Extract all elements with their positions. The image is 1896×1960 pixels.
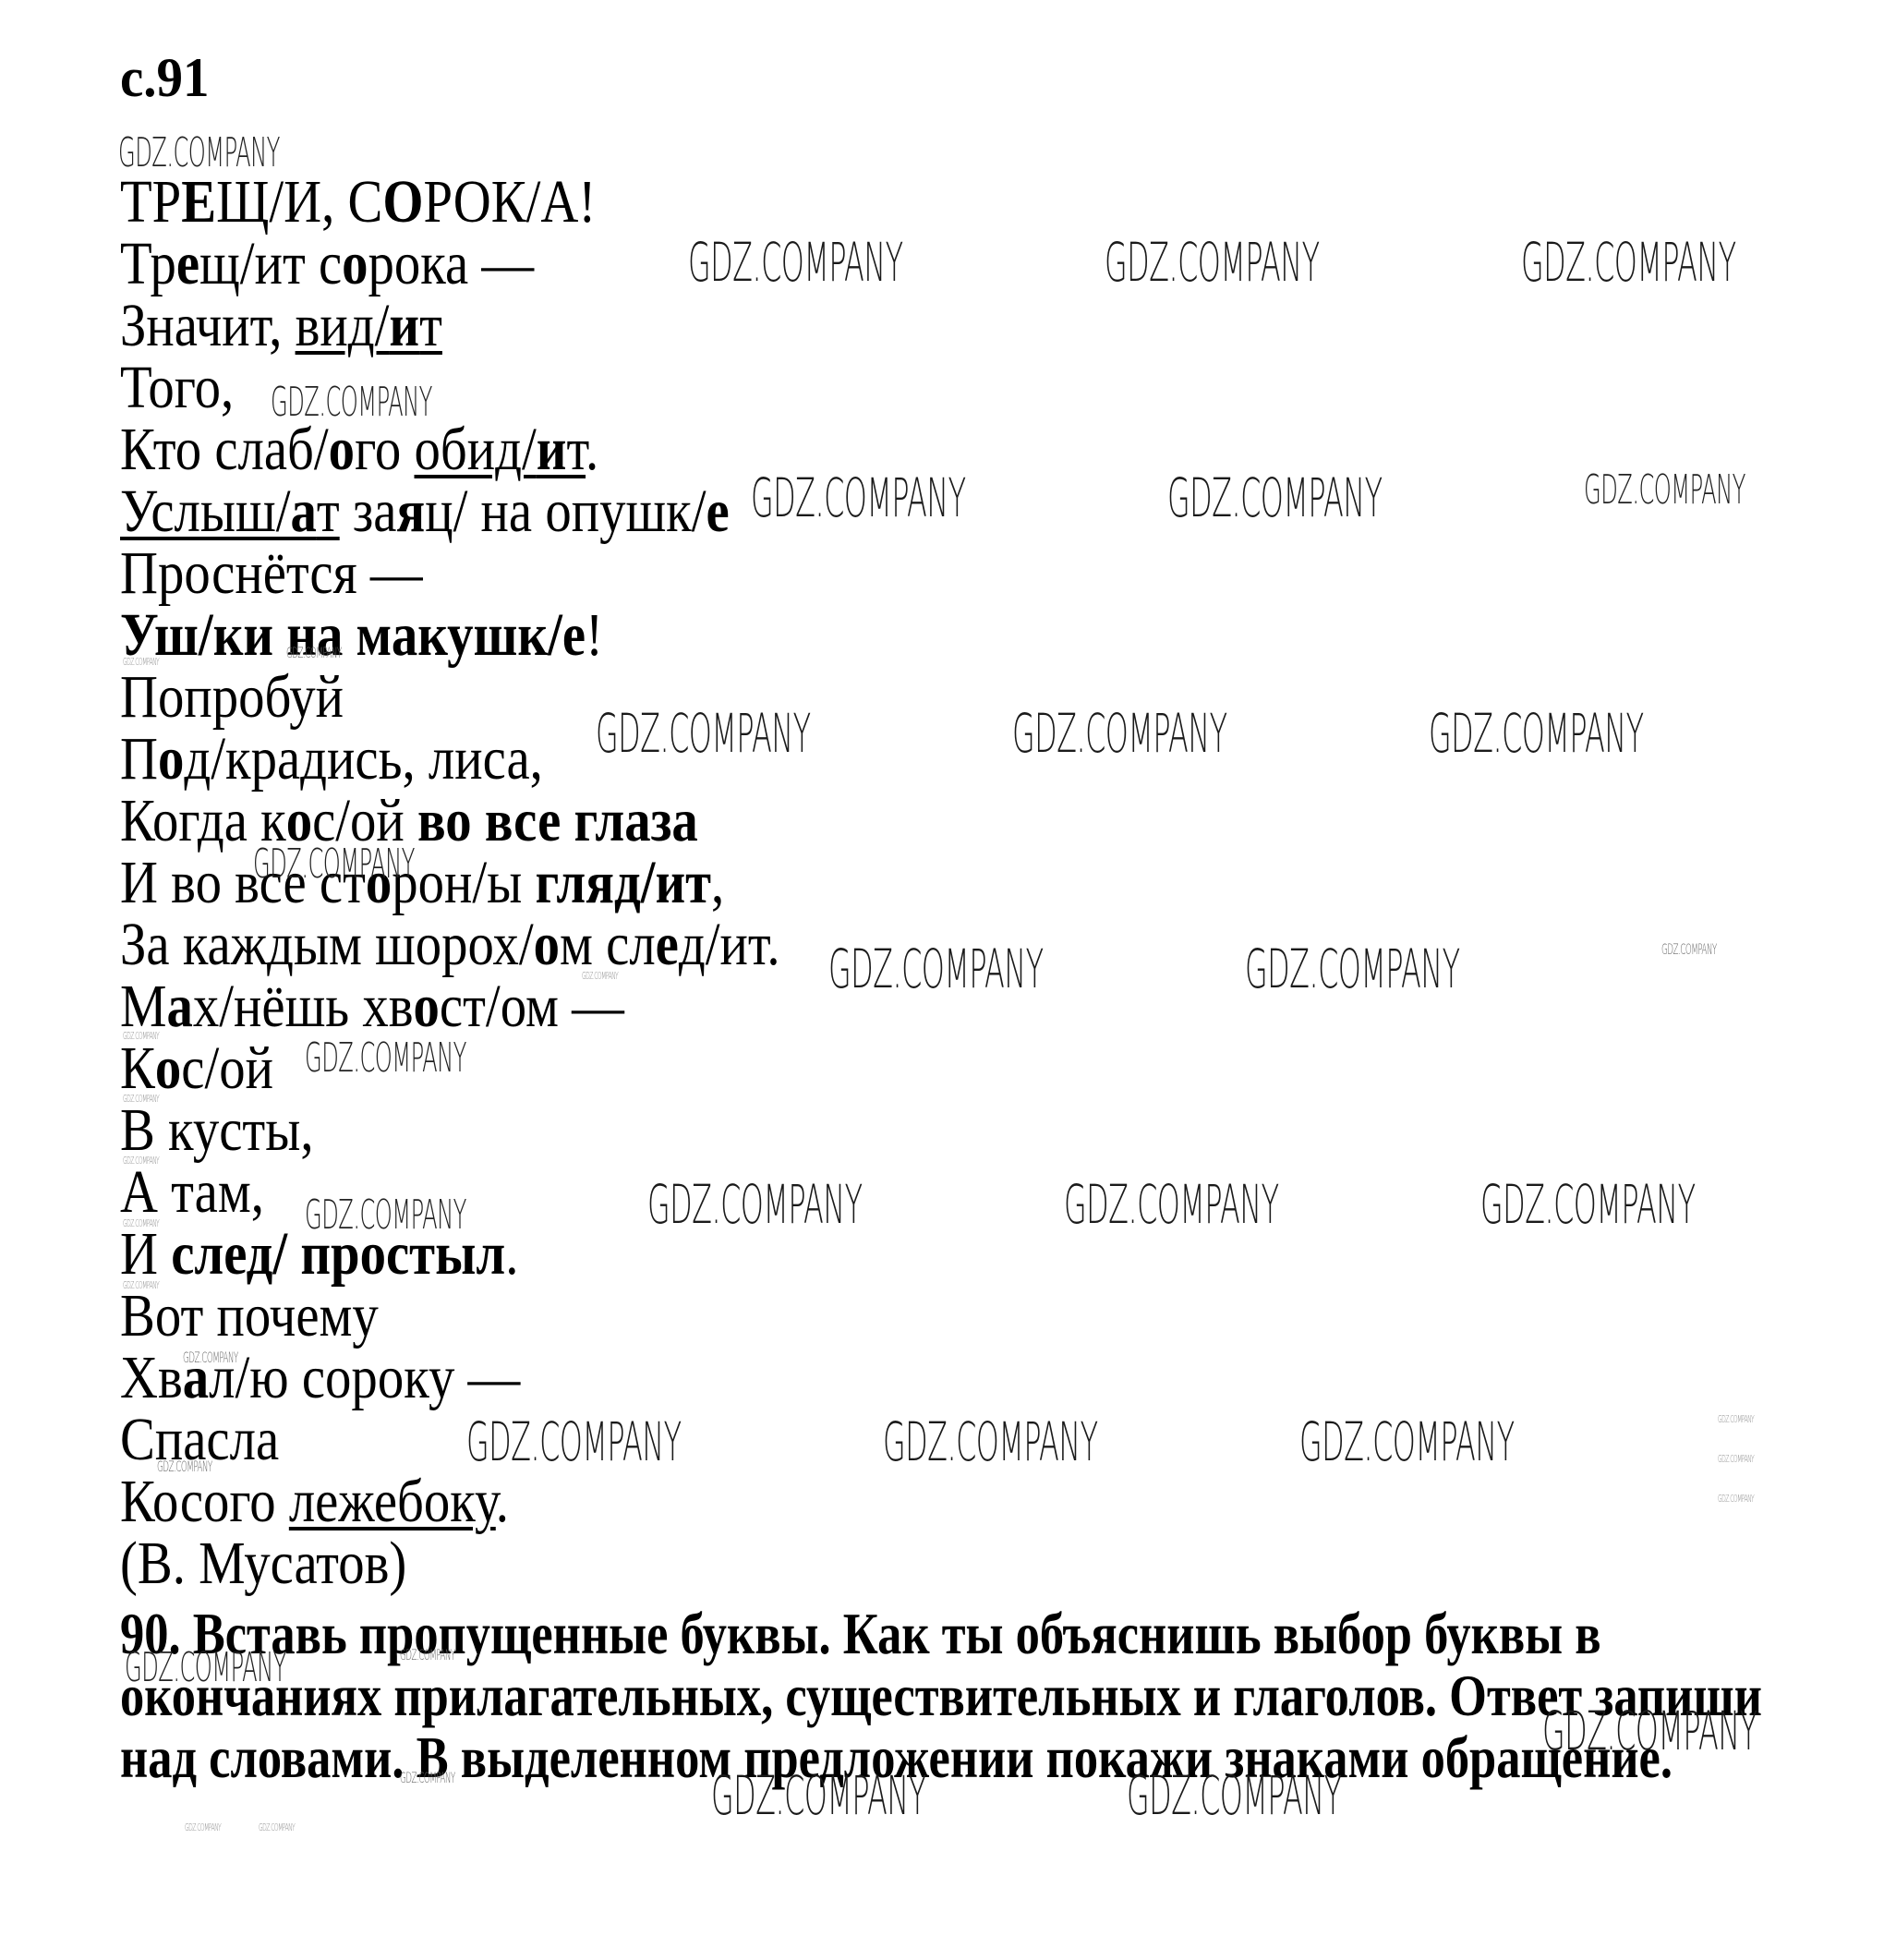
watermark: GDZ.COMPANY xyxy=(1521,231,1736,294)
watermark: GDZ.COMPANY xyxy=(123,1279,159,1291)
watermark: GDZ.COMPANY xyxy=(271,379,432,426)
poem-line: За каждым шорох/ом след/ит. xyxy=(120,914,780,975)
poem-line: А там, xyxy=(120,1162,264,1223)
poem-line: Проснётся — xyxy=(120,543,423,604)
poem-line: Хвал/ю сороку — xyxy=(120,1348,520,1409)
poem-line: (В. Мусатов) xyxy=(120,1533,406,1594)
watermark: GDZ.COMPANY xyxy=(688,231,903,294)
watermark: GDZ.COMPANY xyxy=(157,1458,212,1475)
watermark: GDZ.COMPANY xyxy=(1245,938,1460,1000)
poem-line: Услыш/ат заяц/ на опушк/е xyxy=(120,481,730,542)
poem-line: Значит, вид/ит xyxy=(120,296,442,357)
poem-line: И во все сторон/ы гляд/ит, xyxy=(120,853,724,913)
watermark: GDZ.COMPANY xyxy=(1584,466,1745,514)
watermark: GDZ.COMPANY xyxy=(1012,702,1227,765)
watermark: GDZ.COMPANY xyxy=(883,1410,1098,1473)
watermark: GDZ.COMPANY xyxy=(123,1155,159,1167)
watermark: GDZ.COMPANY xyxy=(183,1349,238,1366)
watermark: GDZ.COMPANY xyxy=(1480,1173,1696,1236)
poem-title: ТРЕЩ/И, СОРОК/А! xyxy=(120,172,596,233)
watermark: GDZ.COMPANY xyxy=(1167,466,1383,529)
watermark: GDZ.COMPANY xyxy=(125,1644,286,1691)
watermark: GDZ.COMPANY xyxy=(1127,1764,1342,1827)
watermark: GDZ.COMPANY xyxy=(1661,940,1717,958)
poem-line: Уш/ки на макушк/е! xyxy=(120,605,603,666)
poem-line: Кос/ой xyxy=(120,1038,273,1099)
watermark: GDZ.COMPANY xyxy=(400,1646,455,1664)
watermark: GDZ.COMPANY xyxy=(751,466,966,529)
poem-line: Вот почему xyxy=(120,1286,379,1347)
watermark: GDZ.COMPANY xyxy=(305,1192,466,1239)
watermark: GDZ.COMPANY xyxy=(1718,1413,1754,1425)
watermark: GDZ.COMPANY xyxy=(259,1821,295,1833)
poem-line: Мах/нёшь хвост/ом — xyxy=(120,976,624,1037)
watermark: GDZ.COMPANY xyxy=(1718,1453,1754,1465)
watermark: GDZ.COMPANY xyxy=(123,1030,159,1042)
poem-line: Косого лежебоку. xyxy=(120,1471,509,1532)
watermark: GDZ.COMPANY xyxy=(647,1173,863,1236)
watermark: GDZ.COMPANY xyxy=(466,1410,682,1473)
watermark: GDZ.COMPANY xyxy=(123,656,159,668)
watermark: GDZ.COMPANY xyxy=(253,841,415,888)
watermark: GDZ.COMPANY xyxy=(286,644,342,661)
watermark: GDZ.COMPANY xyxy=(582,970,618,982)
watermark: GDZ.COMPANY xyxy=(185,1821,221,1833)
watermark: GDZ.COMPANY xyxy=(118,129,280,176)
watermark: GDZ.COMPANY xyxy=(828,938,1044,1000)
poem-line: Попробуй xyxy=(120,667,344,728)
watermark: GDZ.COMPANY xyxy=(123,1093,159,1105)
watermark: GDZ.COMPANY xyxy=(1542,1700,1757,1762)
watermark: GDZ.COMPANY xyxy=(400,1769,455,1786)
poem-line: Кто слаб/ого обид/ит. xyxy=(120,419,598,480)
watermark: GDZ.COMPANY xyxy=(1064,1173,1279,1236)
watermark: GDZ.COMPANY xyxy=(305,1034,466,1082)
document-page: с.91 ТРЕЩ/И, СОРОК/А! Трещ/ит сорока —Зн… xyxy=(0,0,1896,1960)
watermark: GDZ.COMPANY xyxy=(596,702,811,765)
page-number: с.91 xyxy=(120,46,210,110)
watermark: GDZ.COMPANY xyxy=(1105,231,1320,294)
watermark: GDZ.COMPANY xyxy=(123,1217,159,1229)
poem-line: В кусты, xyxy=(120,1100,314,1161)
watermark: GDZ.COMPANY xyxy=(711,1764,926,1827)
poem-line: Под/крадись, лиса, xyxy=(120,729,543,790)
poem-line: Того, xyxy=(120,357,234,418)
watermark: GDZ.COMPANY xyxy=(1299,1410,1515,1473)
watermark: GDZ.COMPANY xyxy=(1429,702,1644,765)
poem-line: Трещ/ит сорока — xyxy=(120,234,534,295)
watermark: GDZ.COMPANY xyxy=(1718,1493,1754,1505)
